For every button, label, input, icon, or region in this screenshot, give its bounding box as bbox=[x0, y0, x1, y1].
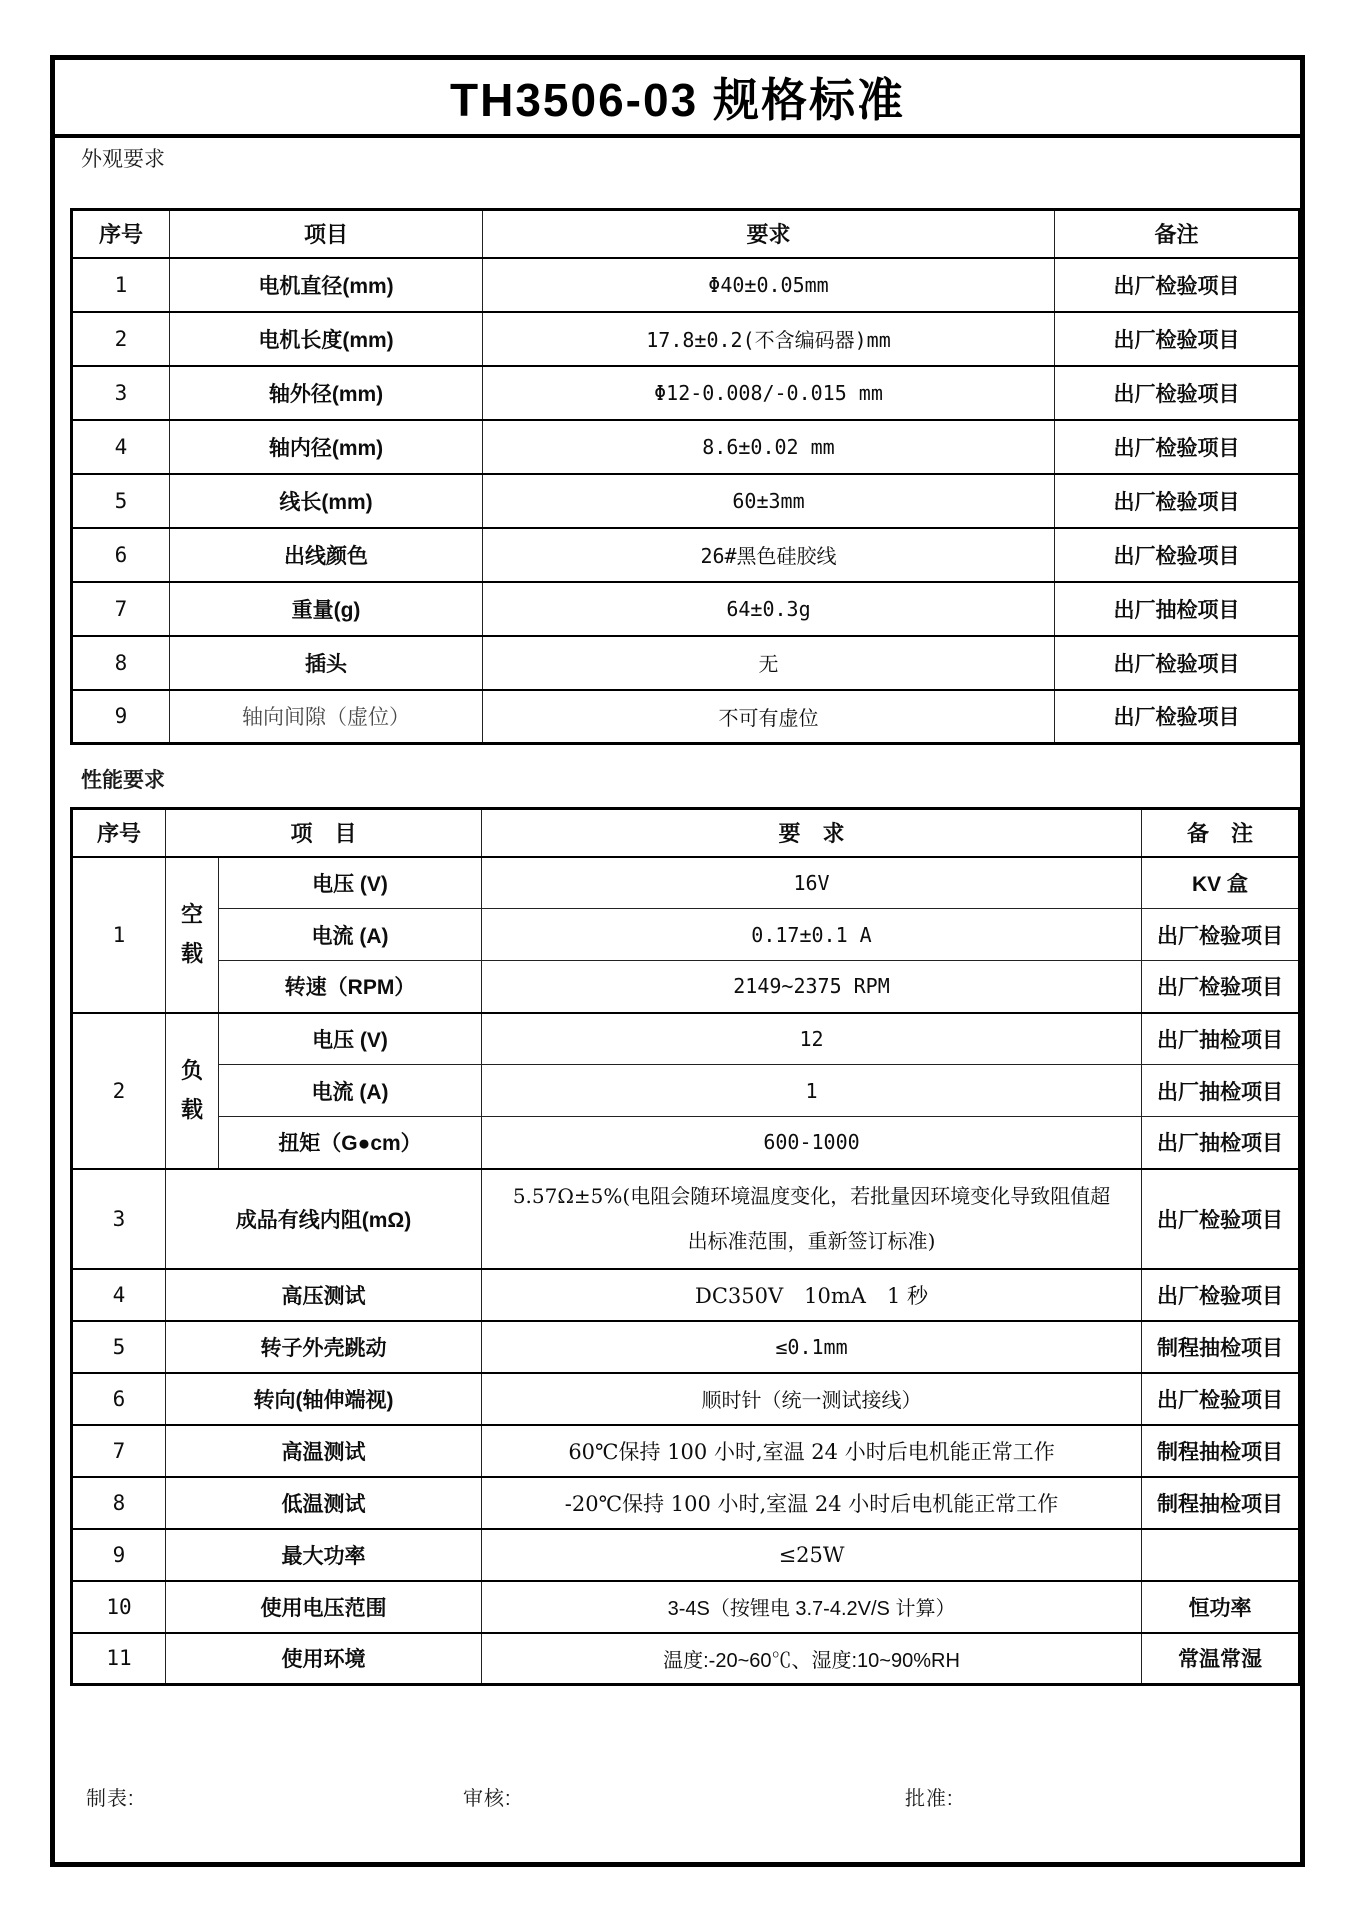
cell-no: 9 bbox=[72, 1529, 166, 1581]
cell-no: 9 bbox=[72, 690, 170, 744]
cell-note: 出厂检验项目 bbox=[1055, 474, 1300, 528]
table-row: 2 电机长度(mm) 17.8±0.2(不含编码器)mm 出厂检验项目 bbox=[72, 312, 1300, 366]
table-row: 5 转子外壳跳动 ≤0.1mm 制程抽检项目 bbox=[72, 1321, 1300, 1373]
footer-maker-label: 制表: bbox=[86, 1782, 135, 1811]
cell-req: 1 bbox=[482, 1065, 1142, 1117]
cell-note: 出厂抽检项目 bbox=[1142, 1117, 1300, 1169]
cell-no: 7 bbox=[72, 582, 170, 636]
cell-req: 64±0.3g bbox=[483, 582, 1055, 636]
cell-item: 电压 (V) bbox=[219, 1013, 482, 1065]
cell-req: Φ40±0.05mm bbox=[483, 258, 1055, 312]
cell-req: 600-1000 bbox=[482, 1117, 1142, 1169]
cell-no: 4 bbox=[72, 420, 170, 474]
cell-no: 7 bbox=[72, 1425, 166, 1477]
cell-no: 6 bbox=[72, 528, 170, 582]
cell-req: ≤0.1mm bbox=[482, 1321, 1142, 1373]
cell-no: 2 bbox=[72, 1013, 166, 1169]
title-bar: TH3506-03 规格标准 bbox=[55, 60, 1300, 138]
group-label-noload: 空载 bbox=[179, 896, 205, 973]
cell-no: 8 bbox=[72, 1477, 166, 1529]
cell-note: 出厂抽检项目 bbox=[1055, 582, 1300, 636]
cell-item: 转向(轴伸端视) bbox=[166, 1373, 482, 1425]
cell-note: 出厂检验项目 bbox=[1055, 258, 1300, 312]
cell-note: 常温常湿 bbox=[1142, 1633, 1300, 1685]
cell-req: 12 bbox=[482, 1013, 1142, 1065]
cell-req: 温度:-20~60℃、湿度:10~90%RH bbox=[482, 1633, 1142, 1685]
cell-req: 不可有虚位 bbox=[483, 690, 1055, 744]
header-cell-no: 序号 bbox=[72, 809, 166, 857]
cell-note: 恒功率 bbox=[1142, 1581, 1300, 1633]
cell-no: 4 bbox=[72, 1269, 166, 1321]
cell-item: 电流 (A) bbox=[219, 909, 482, 961]
cell-item: 电压 (V) bbox=[219, 857, 482, 909]
table-row: 扭矩（G●cm） 600-1000 出厂抽检项目 bbox=[72, 1117, 1300, 1169]
cell-item: 使用电压范围 bbox=[166, 1581, 482, 1633]
cell-note: KV 盒 bbox=[1142, 857, 1300, 909]
cell-note: 出厂检验项目 bbox=[1142, 909, 1300, 961]
cell-item: 成品有线内阻(mΩ) bbox=[166, 1169, 482, 1269]
table-row: 9 轴向间隙（虚位） 不可有虚位 出厂检验项目 bbox=[72, 690, 1300, 744]
table-row: 1 空载 电压 (V) 16V KV 盒 bbox=[72, 857, 1300, 909]
table-row: 转速（RPM） 2149~2375 RPM 出厂检验项目 bbox=[72, 961, 1300, 1013]
cell-item: 高温测试 bbox=[166, 1425, 482, 1477]
table-row: 1 电机直径(mm) Φ40±0.05mm 出厂检验项目 bbox=[72, 258, 1300, 312]
cell-req: Φ12-0.008/-0.015 mm bbox=[483, 366, 1055, 420]
spacer bbox=[70, 174, 1300, 208]
cell-req: 无 bbox=[483, 636, 1055, 690]
table-row: 3 轴外径(mm) Φ12-0.008/-0.015 mm 出厂检验项目 bbox=[72, 366, 1300, 420]
cell-req: ≤25W bbox=[482, 1529, 1142, 1581]
cell-no: 10 bbox=[72, 1581, 166, 1633]
cell-req: 60±3mm bbox=[483, 474, 1055, 528]
cell-req: 26#黑色硅胶线 bbox=[483, 528, 1055, 582]
table-row: 4 轴内径(mm) 8.6±0.02 mm 出厂检验项目 bbox=[72, 420, 1300, 474]
cell-item: 轴内径(mm) bbox=[170, 420, 483, 474]
cell-no: 11 bbox=[72, 1633, 166, 1685]
cell-note: 出厂抽检项目 bbox=[1142, 1013, 1300, 1065]
cell-group-label: 负载 bbox=[166, 1013, 219, 1169]
header-cell-req: 要求 bbox=[483, 210, 1055, 258]
table-row: 5 线长(mm) 60±3mm 出厂检验项目 bbox=[72, 474, 1300, 528]
cell-req: 顺时针（统一测试接线） bbox=[482, 1373, 1142, 1425]
cell-note: 出厂检验项目 bbox=[1055, 420, 1300, 474]
cell-no: 2 bbox=[72, 312, 170, 366]
cell-req: 8.6±0.02 mm bbox=[483, 420, 1055, 474]
cell-req: 0.17±0.1 A bbox=[482, 909, 1142, 961]
cell-item: 电机长度(mm) bbox=[170, 312, 483, 366]
section-label-performance: 性能要求 bbox=[81, 767, 1300, 797]
header-cell-note: 备注 bbox=[1055, 210, 1300, 258]
cell-item: 扭矩（G●cm） bbox=[219, 1117, 482, 1169]
cell-note: 出厂抽检项目 bbox=[1142, 1065, 1300, 1117]
cell-no: 5 bbox=[72, 1321, 166, 1373]
cell-note: 出厂检验项目 bbox=[1142, 1373, 1300, 1425]
cell-req: 2149~2375 RPM bbox=[482, 961, 1142, 1013]
cell-item: 转速（RPM） bbox=[219, 961, 482, 1013]
cell-item: 电流 (A) bbox=[219, 1065, 482, 1117]
cell-req: 5.57Ω±5%(电阻会随环境温度变化，若批量因环境变化导致阻值超出标准范围，重… bbox=[482, 1169, 1142, 1269]
cell-req: 17.8±0.2(不含编码器)mm bbox=[483, 312, 1055, 366]
cell-no: 3 bbox=[72, 366, 170, 420]
cell-note: 出厂检验项目 bbox=[1055, 366, 1300, 420]
footer-reviewer-label: 审核: bbox=[463, 1782, 512, 1811]
cell-req: 3-4S（按锂电 3.7-4.2V/S 计算） bbox=[482, 1581, 1142, 1633]
table-row: 8 插头 无 出厂检验项目 bbox=[72, 636, 1300, 690]
table-row: 7 高温测试 60℃保持 100 小时,室温 24 小时后电机能正常工作 制程抽… bbox=[72, 1425, 1300, 1477]
spacer bbox=[70, 797, 1300, 807]
table-row: 4 高压测试 DC350V 10mA 1 秒 出厂检验项目 bbox=[72, 1269, 1300, 1321]
cell-no: 3 bbox=[72, 1169, 166, 1269]
cell-note: 制程抽检项目 bbox=[1142, 1477, 1300, 1529]
table-row: 6 转向(轴伸端视) 顺时针（统一测试接线） 出厂检验项目 bbox=[72, 1373, 1300, 1425]
cell-item: 重量(g) bbox=[170, 582, 483, 636]
cell-no: 8 bbox=[72, 636, 170, 690]
header-cell-no: 序号 bbox=[72, 210, 170, 258]
cell-item: 最大功率 bbox=[166, 1529, 482, 1581]
table-row: 3 成品有线内阻(mΩ) 5.57Ω±5%(电阻会随环境温度变化，若批量因环境变… bbox=[72, 1169, 1300, 1269]
header-cell-item: 项 目 bbox=[166, 809, 482, 857]
cell-note: 出厂检验项目 bbox=[1142, 1169, 1300, 1269]
cell-item: 高压测试 bbox=[166, 1269, 482, 1321]
cell-note: 出厂检验项目 bbox=[1142, 1269, 1300, 1321]
cell-no: 6 bbox=[72, 1373, 166, 1425]
cell-note: 出厂检验项目 bbox=[1142, 961, 1300, 1013]
cell-item: 低温测试 bbox=[166, 1477, 482, 1529]
cell-group-label: 空载 bbox=[166, 857, 219, 1013]
cell-note: 出厂检验项目 bbox=[1055, 312, 1300, 366]
cell-item: 转子外壳跳动 bbox=[166, 1321, 482, 1373]
table-row: 电流 (A) 1 出厂抽检项目 bbox=[72, 1065, 1300, 1117]
document-frame: TH3506-03 规格标准 外观要求 序号 项目 要求 备注 1 bbox=[50, 55, 1305, 1867]
table-row: 7 重量(g) 64±0.3g 出厂抽检项目 bbox=[72, 582, 1300, 636]
cell-item: 轴向间隙（虚位） bbox=[170, 690, 483, 744]
cell-no: 1 bbox=[72, 857, 166, 1013]
header-cell-req: 要 求 bbox=[482, 809, 1142, 857]
page-title: TH3506-03 规格标准 bbox=[450, 64, 905, 130]
table-row: 6 出线颜色 26#黑色硅胶线 出厂检验项目 bbox=[72, 528, 1300, 582]
document-content: 外观要求 序号 项目 要求 备注 1 电机直径(mm) Φ4 bbox=[55, 146, 1300, 1686]
cell-req: -20℃保持 100 小时,室温 24 小时后电机能正常工作 bbox=[482, 1477, 1142, 1529]
cell-item: 电机直径(mm) bbox=[170, 258, 483, 312]
cell-note: 制程抽检项目 bbox=[1142, 1425, 1300, 1477]
cell-item: 使用环境 bbox=[166, 1633, 482, 1685]
footer-approver-label: 批准: bbox=[905, 1782, 954, 1811]
performance-header-row: 序号 项 目 要 求 备 注 bbox=[72, 809, 1300, 857]
cell-note: 制程抽检项目 bbox=[1142, 1321, 1300, 1373]
table-row: 9 最大功率 ≤25W bbox=[72, 1529, 1300, 1581]
performance-table: 序号 项 目 要 求 备 注 1 空载 电压 (V) 16V KV 盒 bbox=[70, 807, 1301, 1686]
section-label-appearance: 外观要求 bbox=[81, 146, 1300, 174]
header-cell-note: 备 注 bbox=[1142, 809, 1300, 857]
cell-note: 出厂检验项目 bbox=[1055, 690, 1300, 744]
appearance-table: 序号 项目 要求 备注 1 电机直径(mm) Φ40±0.05mm 出厂检验项目… bbox=[70, 208, 1301, 745]
table-row: 8 低温测试 -20℃保持 100 小时,室温 24 小时后电机能正常工作 制程… bbox=[72, 1477, 1300, 1529]
cell-req: DC350V 10mA 1 秒 bbox=[482, 1269, 1142, 1321]
table-row: 10 使用电压范围 3-4S（按锂电 3.7-4.2V/S 计算） 恒功率 bbox=[72, 1581, 1300, 1633]
cell-note: 出厂检验项目 bbox=[1055, 528, 1300, 582]
header-cell-item: 项目 bbox=[170, 210, 483, 258]
cell-item: 插头 bbox=[170, 636, 483, 690]
cell-no: 5 bbox=[72, 474, 170, 528]
appearance-header-row: 序号 项目 要求 备注 bbox=[72, 210, 1300, 258]
cell-note bbox=[1142, 1529, 1300, 1581]
table-row: 11 使用环境 温度:-20~60℃、湿度:10~90%RH 常温常湿 bbox=[72, 1633, 1300, 1685]
cell-item: 出线颜色 bbox=[170, 528, 483, 582]
cell-note: 出厂检验项目 bbox=[1055, 636, 1300, 690]
cell-req: 16V bbox=[482, 857, 1142, 909]
cell-req: 60℃保持 100 小时,室温 24 小时后电机能正常工作 bbox=[482, 1425, 1142, 1477]
group-label-load: 负载 bbox=[179, 1052, 205, 1129]
table-row: 电流 (A) 0.17±0.1 A 出厂检验项目 bbox=[72, 909, 1300, 961]
cell-no: 1 bbox=[72, 258, 170, 312]
spec-document-page: TH3506-03 规格标准 外观要求 序号 项目 要求 备注 1 bbox=[0, 0, 1357, 1920]
table-row: 2 负载 电压 (V) 12 出厂抽检项目 bbox=[72, 1013, 1300, 1065]
cell-item: 线长(mm) bbox=[170, 474, 483, 528]
cell-item: 轴外径(mm) bbox=[170, 366, 483, 420]
